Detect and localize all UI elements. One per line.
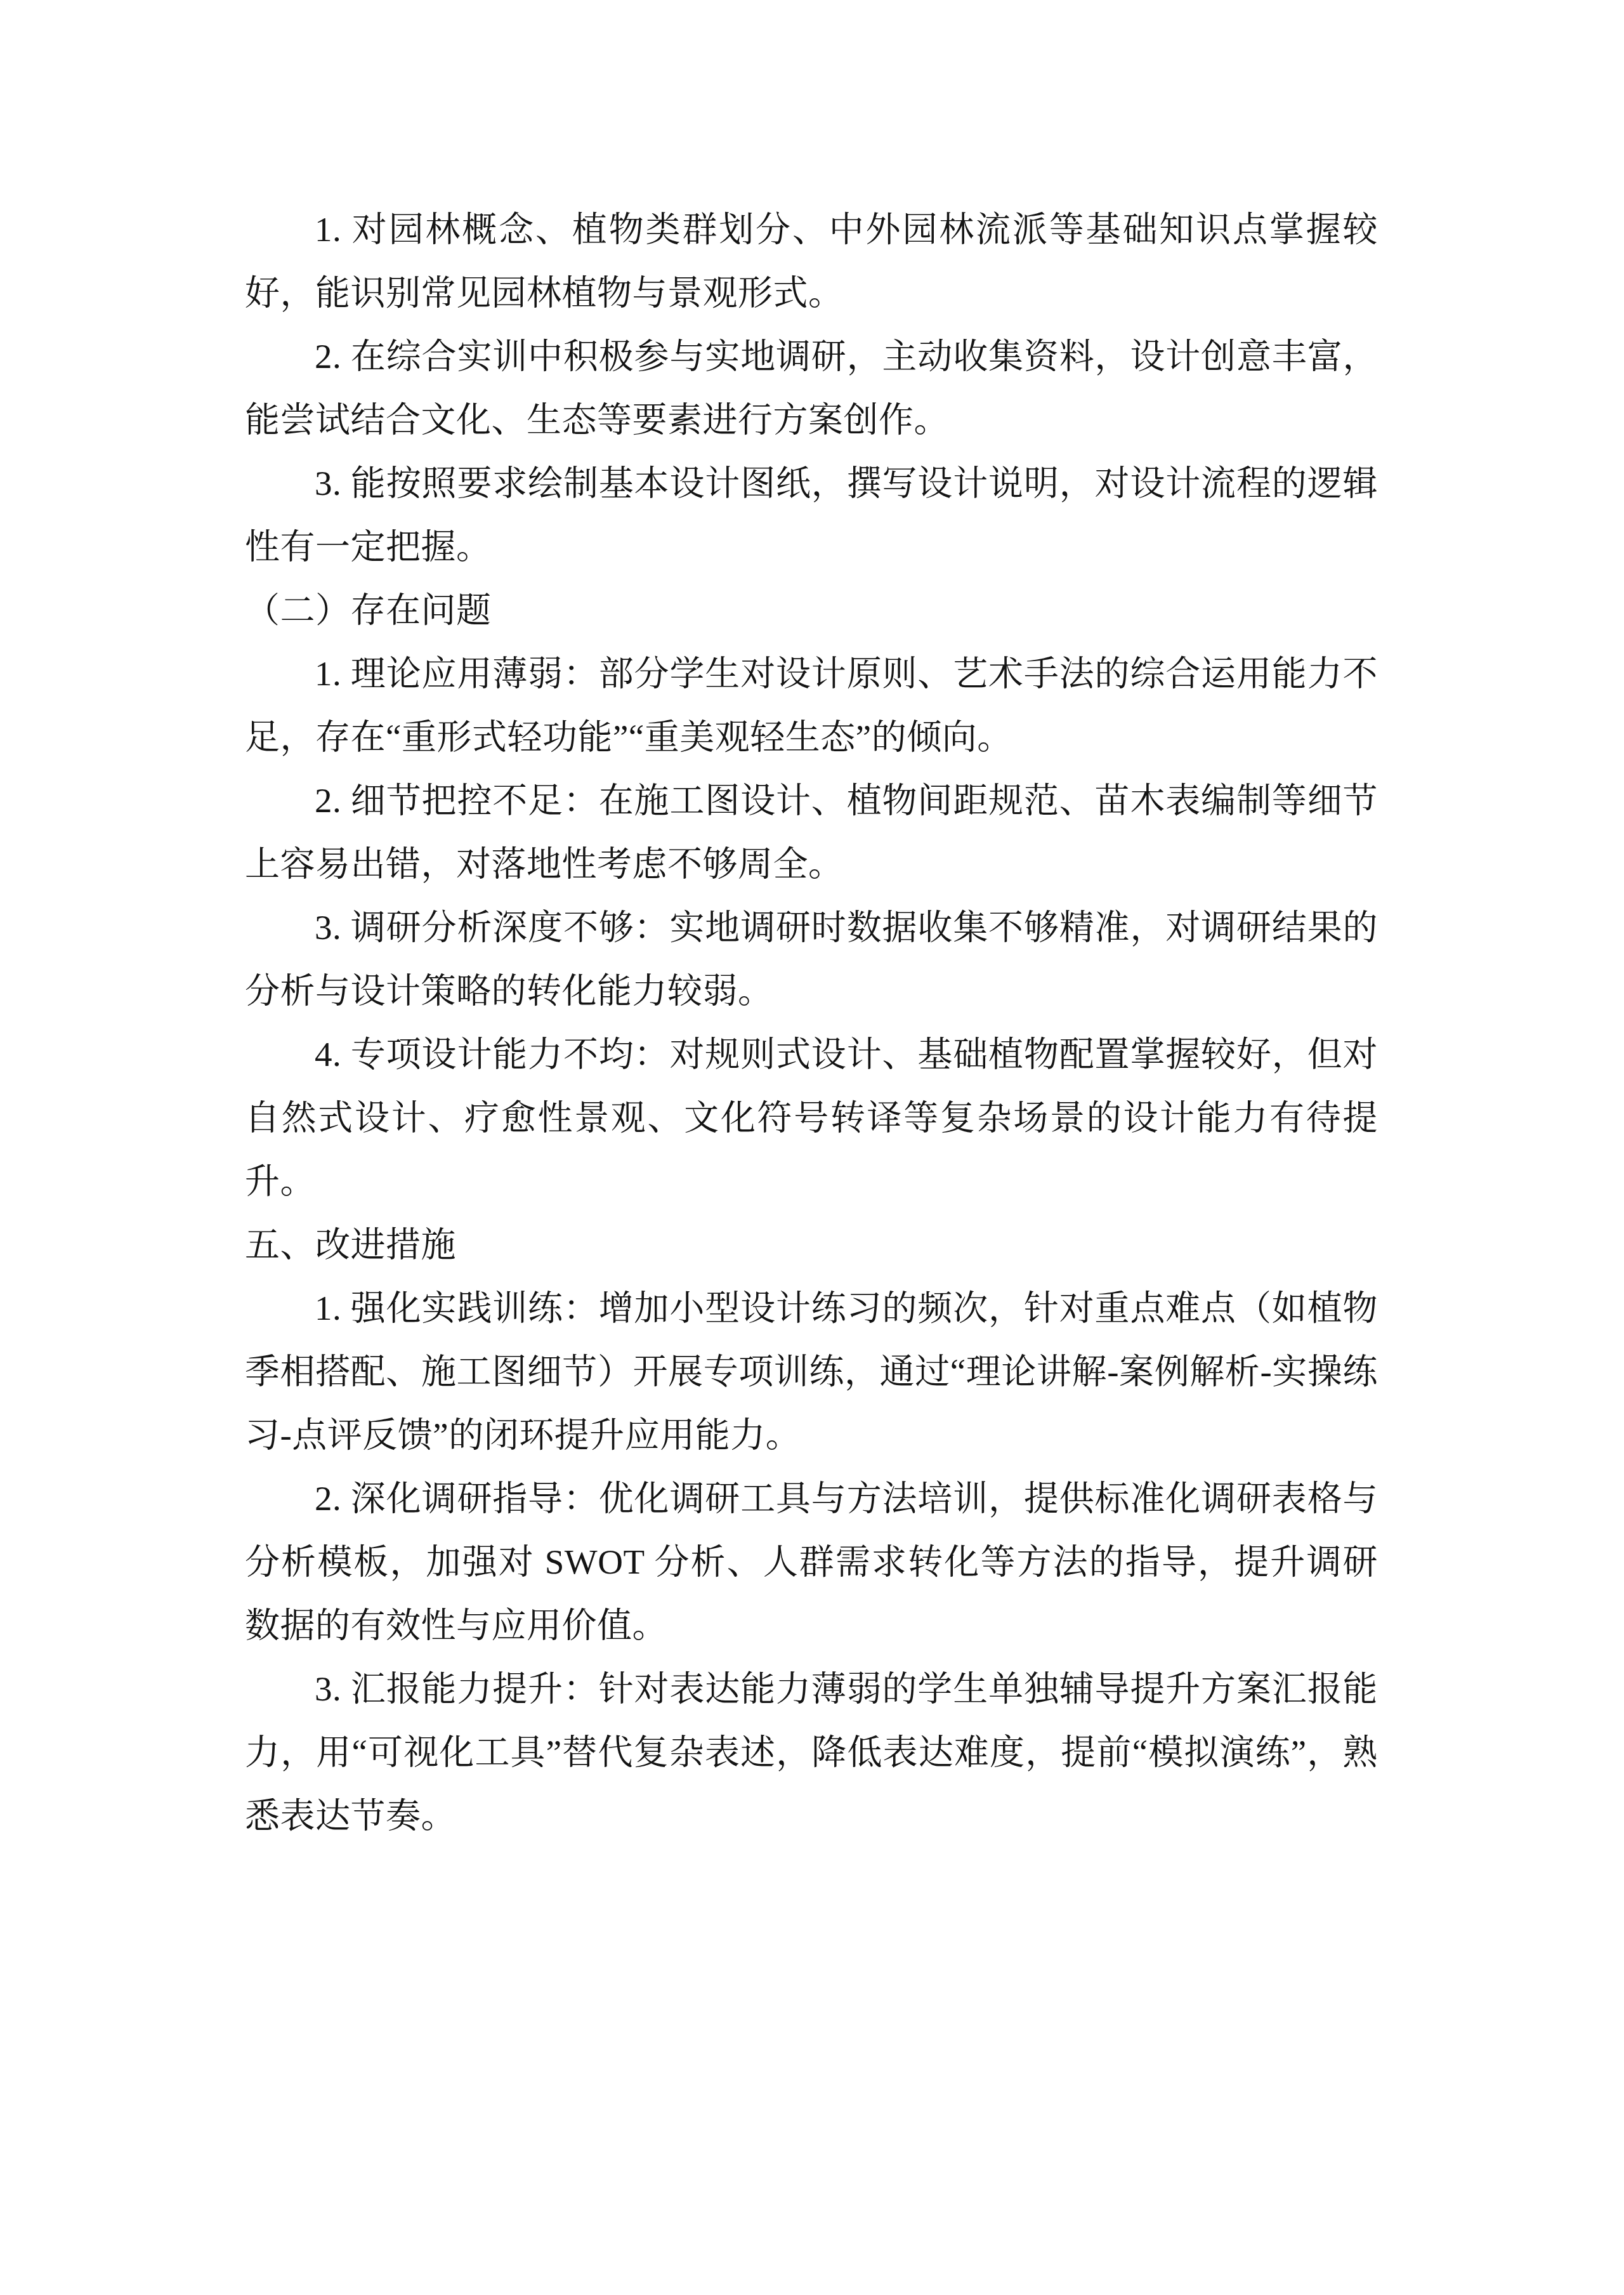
document-page: 1. 对园林概念、植物类群划分、中外园林流派等基础知识点掌握较好，能识别常见园林…: [0, 0, 1624, 2295]
paragraph: 2. 深化调研指导：优化调研工具与方法培训，提供标准化调研表格与分析模板，加强对…: [245, 1467, 1378, 1657]
paragraph: 2. 在综合实训中积极参与实地调研，主动收集资料，设计创意丰富，能尝试结合文化、…: [245, 325, 1378, 452]
paragraph: 1. 理论应用薄弱：部分学生对设计原则、艺术手法的综合运用能力不足，存在“重形式…: [245, 642, 1378, 769]
paragraph: 2. 细节把控不足：在施工图设计、植物间距规范、苗木表编制等细节上容易出错，对落…: [245, 769, 1378, 896]
paragraph: 3. 汇报能力提升：针对表达能力薄弱的学生单独辅导提升方案汇报能力，用“可视化工…: [245, 1657, 1378, 1848]
paragraph: 1. 强化实践训练：增加小型设计练习的频次，针对重点难点（如植物季相搭配、施工图…: [245, 1277, 1378, 1467]
paragraph: 五、改进措施: [245, 1213, 1378, 1277]
paragraph: 3. 能按照要求绘制基本设计图纸，撰写设计说明，对设计流程的逻辑性有一定把握。: [245, 452, 1378, 579]
paragraph: 3. 调研分析深度不够：实地调研时数据收集不够精准，对调研结果的分析与设计策略的…: [245, 896, 1378, 1023]
paragraph: 1. 对园林概念、植物类群划分、中外园林流派等基础知识点掌握较好，能识别常见园林…: [245, 198, 1378, 325]
paragraph: 4. 专项设计能力不均：对规则式设计、基础植物配置掌握较好，但对自然式设计、疗愈…: [245, 1023, 1378, 1213]
document-body: 1. 对园林概念、植物类群划分、中外园林流派等基础知识点掌握较好，能识别常见园林…: [245, 198, 1378, 1848]
paragraph: （二）存在问题: [245, 579, 1378, 642]
